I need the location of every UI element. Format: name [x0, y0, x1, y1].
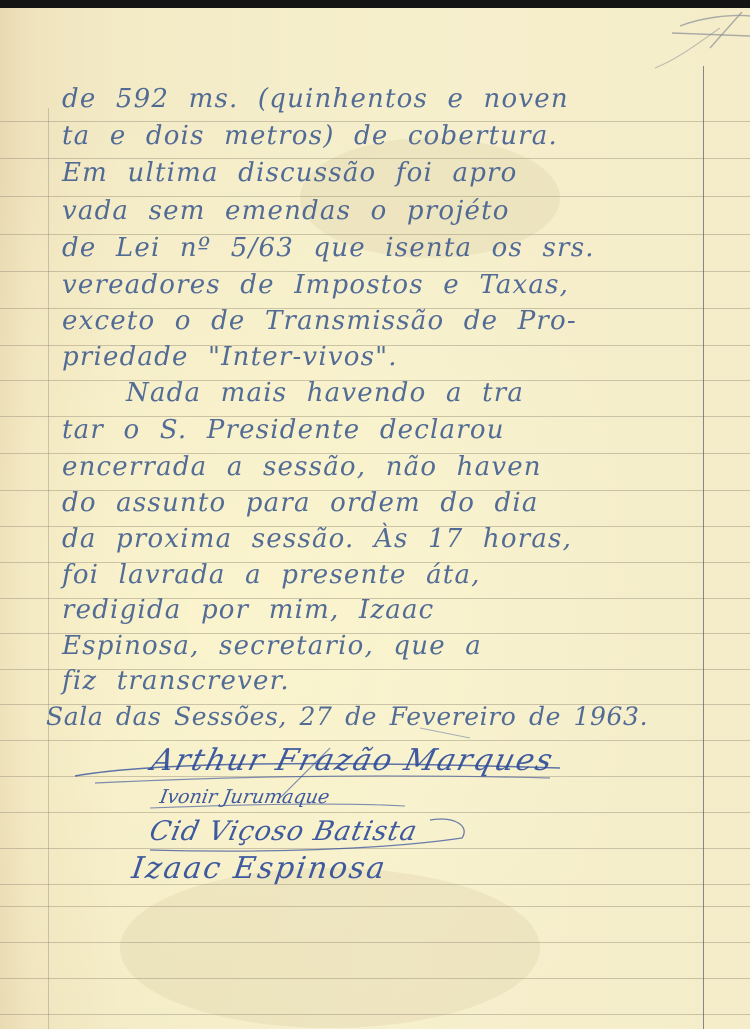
signature-2: Ivonir Jurumaque: [158, 786, 331, 808]
left-margin-line: [48, 108, 49, 1029]
minutes-line-14: foi lavrada a presente áta,: [62, 560, 481, 590]
ruled-line: [0, 848, 750, 849]
ruled-line: [0, 906, 750, 907]
ruled-line: [0, 978, 750, 979]
minutes-line-12: do assunto para ordem do dia: [62, 488, 539, 518]
ruled-line: [0, 740, 750, 741]
signature-3: Cid Viçoso Batista: [147, 816, 421, 847]
signature-4: Izaac Espinosa: [130, 851, 389, 886]
minutes-date-line: Sala das Sessões, 27 de Fevereiro de 196…: [46, 702, 648, 731]
minutes-line-1: de 592 ms. (quinhentos e noven: [62, 84, 569, 114]
paper-stain: [120, 868, 540, 1028]
pencil-scribble-icon: [650, 8, 750, 78]
minutes-line-8: priedade "Inter-vivos".: [62, 342, 398, 372]
minutes-line-11: encerrada a sessão, não haven: [62, 452, 542, 482]
minutes-line-16: Espinosa, secretario, que a: [62, 631, 482, 661]
minutes-line-5: de Lei nº 5/63 que isenta os srs.: [62, 233, 595, 263]
right-margin-line: [703, 66, 704, 1029]
ruled-line: [0, 942, 750, 943]
minutes-line-13: da proxima sessão. Às 17 horas,: [62, 524, 572, 554]
minutes-line-9: Nada mais havendo a tra: [126, 378, 524, 408]
signature-1: Arthur Frazão Marques: [148, 743, 558, 778]
ledger-page: de 592 ms. (quinhentos e noven ta e dois…: [0, 8, 750, 1029]
top-bar: [0, 0, 750, 8]
minutes-line-7: exceto o de Transmissão de Pro-: [62, 306, 577, 336]
minutes-line-2: ta e dois metros) de cobertura.: [62, 121, 558, 151]
minutes-line-17: fiz transcrever.: [62, 666, 290, 696]
ruled-line: [0, 812, 750, 813]
minutes-line-10: tar o S. Presidente declarou: [62, 415, 505, 445]
minutes-line-3: Em ultima discussão foi apro: [62, 158, 518, 188]
minutes-line-6: vereadores de Impostos e Taxas,: [62, 270, 569, 300]
minutes-line-4: vada sem emendas o projéto: [62, 196, 510, 226]
ruled-line: [0, 1014, 750, 1015]
minutes-line-15: redigida por mim, Izaac: [62, 595, 434, 625]
